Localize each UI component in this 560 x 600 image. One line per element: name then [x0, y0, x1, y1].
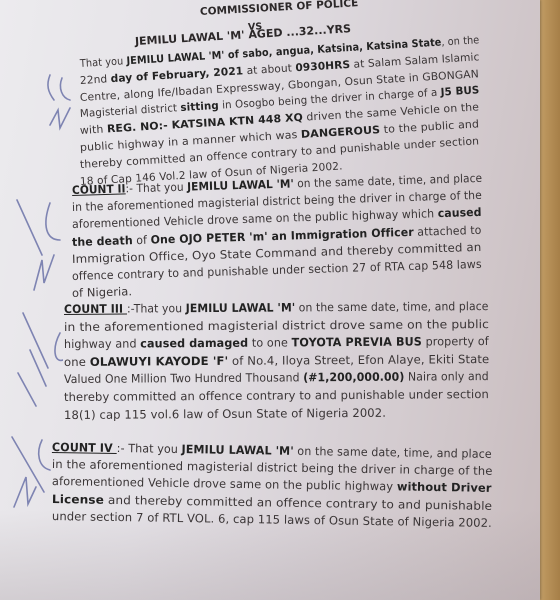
- emphasized-text: sitting: [180, 100, 219, 114]
- body-text: attached to: [414, 222, 482, 238]
- emphasized-text: caused damaged: [140, 336, 248, 351]
- header-complainant: COMMISSIONER OF POLICE: [200, 0, 359, 18]
- emphasized-text: the death: [72, 233, 133, 249]
- emphasized-text: DANGEROUS: [301, 124, 381, 141]
- count-2-line: of Nigeria.: [72, 284, 132, 300]
- body-text: :-That you: [127, 301, 186, 315]
- body-text: of No.4, Iloya Street, Efon Alaye, Ekiti…: [228, 352, 489, 368]
- handwritten-initials-count-3: [8, 308, 63, 408]
- body-text: That you: [80, 55, 127, 70]
- count-3-line: one OLAWUYI KAYODE 'F' of No.4, Iloya St…: [64, 352, 489, 369]
- emphasized-text: J5 BUS: [440, 85, 479, 99]
- body-text: on the same date, time, and place: [295, 299, 488, 314]
- emphasized-text: License: [52, 492, 104, 507]
- emphasized-text: caused: [437, 205, 481, 220]
- emphasized-text: day of February, 2021: [110, 65, 243, 85]
- emphasized-text: 0930HRS: [295, 59, 350, 74]
- charge-sheet-page: COMMISSIONER OF POLICE VS JEMILU LAWAL '…: [0, 0, 540, 600]
- handwritten-initials-count-4: [6, 432, 56, 522]
- count-heading: COUNT II: [72, 181, 126, 197]
- count-heading: COUNT III: [64, 302, 127, 316]
- count-3-line: COUNT III :-That you JEMILU LAWAL 'M' on…: [64, 299, 489, 316]
- body-text: Valued One Million Two Hundred Thousand: [64, 371, 303, 387]
- body-text: one: [64, 355, 90, 369]
- emphasized-text: (#1,200,000.00): [303, 370, 404, 385]
- emphasized-text: JEMILU LAWAL 'M': [181, 442, 293, 458]
- body-text: Naira only and: [404, 369, 488, 384]
- body-text: Magisterial district: [80, 102, 181, 120]
- body-text: 22nd: [80, 73, 111, 87]
- body-text: :- That you: [125, 180, 187, 196]
- body-text: of: [133, 232, 151, 247]
- body-text: property of: [422, 334, 489, 348]
- handwritten-initials-count-2: [12, 195, 62, 295]
- emphasized-text: TOYOTA PREVIA BUS: [292, 335, 422, 350]
- body-text: to one: [248, 336, 292, 350]
- body-text: of Nigeria.: [72, 284, 132, 300]
- body-text: at about: [243, 62, 296, 77]
- count-3-line: thereby committed an offence contrary to…: [64, 387, 489, 404]
- body-text: 18(1) cap 115 vol.6 law of Osun State of…: [64, 405, 386, 421]
- count-3-line: in the aforementioned magisterial distri…: [64, 317, 489, 334]
- emphasized-text: without Driver: [397, 480, 492, 495]
- wooden-background: [538, 0, 560, 600]
- body-text: aforementioned Vehicle drove same on the…: [52, 474, 397, 493]
- body-text: on the same date, time, and place: [294, 171, 483, 191]
- body-text: with: [80, 124, 108, 138]
- handwritten-initials-count-1: [40, 70, 80, 150]
- body-text: thereby committed an offence contrary to…: [64, 387, 489, 404]
- count-3-line: Valued One Million Two Hundred Thousand …: [64, 369, 489, 386]
- count-3-line: highway and caused damaged to one TOYOTA…: [64, 334, 489, 351]
- emphasized-text: JEMILU LAWAL 'M': [187, 176, 294, 193]
- count-3-line: 18(1) cap 115 vol.6 law of Osun State of…: [64, 405, 386, 421]
- emphasized-text: JEMILU LAWAL 'M': [186, 300, 296, 315]
- emphasized-text: OLAWUYI KAYODE 'F': [90, 354, 229, 369]
- body-text: on the same date, time, and place: [294, 444, 492, 461]
- body-text: at Salam Salam Islamic: [350, 51, 480, 71]
- body-text: to the public and: [380, 118, 480, 136]
- body-text: in the aforementioned magisterial distri…: [64, 317, 489, 334]
- body-text: :- That you: [117, 441, 182, 456]
- body-text: highway and: [64, 337, 140, 352]
- body-text: , on the: [441, 34, 480, 48]
- count-heading: COUNT IV: [52, 440, 117, 455]
